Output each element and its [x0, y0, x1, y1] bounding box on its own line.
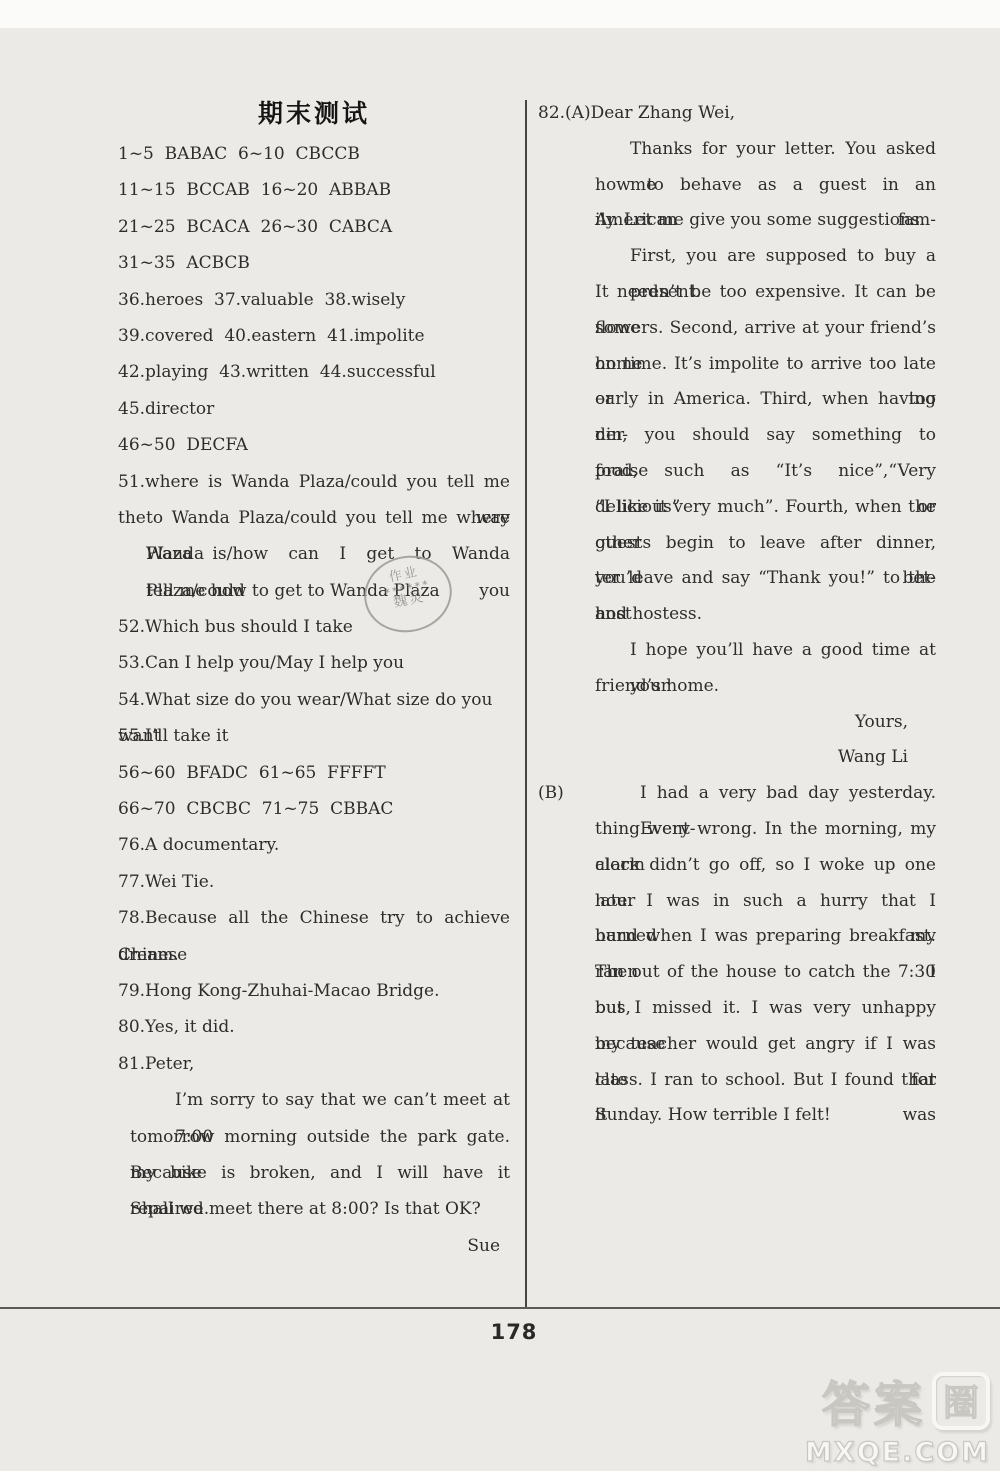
text-line: flowers. Second, arrive at your friend’s…: [538, 311, 936, 347]
text-line: 45.director: [118, 391, 510, 427]
text-line: my bike is broken, and I will have it re…: [118, 1155, 510, 1191]
text-line: but I missed it. I was very unhappy beca…: [538, 991, 936, 1027]
content-bottom-rule: [0, 1307, 1000, 1309]
text-line: hand when I was preparing breakfast. The…: [538, 919, 936, 955]
text-line: 78.Because all the Chinese try to achiev…: [118, 900, 510, 936]
text-line: I’m sorry to say that we can’t meet at 7…: [118, 1082, 510, 1118]
watermark-site-url: MXQE.COM: [805, 1437, 990, 1468]
text-line: ner, you should say something to praise: [538, 418, 936, 454]
text-line: I hope you’ll have a good time at your: [538, 633, 936, 669]
text-line-body: I had a very bad day yesterday. Every-: [640, 776, 936, 812]
page-number: 178: [14, 1320, 1000, 1344]
text-line: 55.I’ll take it: [118, 718, 510, 754]
text-line: late. I was in such a hurry that I burne…: [538, 884, 936, 920]
column-divider: [525, 100, 527, 1307]
text-line: 79.Hong Kong-Zhuhai-Macao Bridge.: [118, 973, 510, 1009]
text-line: my teacher would get angry if I was late…: [538, 1027, 936, 1063]
section-marker: (B): [538, 776, 640, 812]
text-line: Shall we meet there at 8:00? Is that OK?: [118, 1191, 510, 1227]
text-line: ter leave and say “Thank you!” to the ho…: [538, 561, 936, 597]
text-line: (B)I had a very bad day yesterday. Every…: [538, 776, 936, 812]
text-line: clock didn’t go off, so I woke up one ho…: [538, 848, 936, 884]
watermark: 答案 圈 MXQE.COM: [805, 1366, 990, 1468]
text-line: 21~25 BCACA 26~30 CABCA: [118, 209, 510, 245]
watermark-brand-text: 答案: [822, 1366, 926, 1435]
text-line: 54.What size do you wear/What size do yo…: [118, 682, 510, 718]
text-line: 1~5 BABAC 6~10 CBCCB: [118, 136, 510, 172]
text-line: friend’s home.: [538, 669, 936, 705]
text-line: 80.Yes, it did.: [118, 1009, 510, 1045]
answers-column-right: 82.(A)Dear Zhang Wei,Thanks for your let…: [538, 96, 936, 1134]
text-line: 11~15 BCCAB 16~20 ABBAB: [118, 172, 510, 208]
text-line: class. I ran to school. But I found that…: [538, 1063, 936, 1099]
text-line: Plaza is/how can I get to Wanda Plaza/co…: [118, 536, 510, 572]
text-line: 31~35 ACBCB: [118, 245, 510, 281]
page-title: 期末测试: [118, 94, 510, 130]
text-line: 42.playing 43.written 44.successful: [118, 354, 510, 390]
text-line: 51.where is Wanda Plaza/could you tell m…: [118, 464, 510, 500]
text-line: First, you are supposed to buy a present…: [538, 239, 936, 275]
text-line: 76.A documentary.: [118, 827, 510, 863]
text-line: to Wanda Plaza/could you tell me where W…: [118, 500, 510, 536]
text-line: 81.Peter,: [118, 1046, 510, 1082]
text-line: dream.: [118, 937, 510, 973]
text-line: how to behave as a guest in an American …: [538, 168, 936, 204]
text-line: 77.Wei Tie.: [118, 864, 510, 900]
text-line: 82.(A)Dear Zhang Wei,: [538, 96, 936, 132]
text-line: ran out of the house to catch the 7:30 b…: [538, 955, 936, 991]
answers-column-left: 1~5 BABAC 6~10 CBCCB11~15 BCCAB 16~20 AB…: [118, 136, 510, 1264]
text-line: 52.Which bus should I take: [118, 609, 510, 645]
text-line: 36.heroes 37.valuable 38.wisely: [118, 282, 510, 318]
text-line: 53.Can I help you/May I help you: [118, 645, 510, 681]
scanned-answer-page: 期末测试 1~5 BABAC 6~10 CBCCB11~15 BCCAB 16~…: [0, 0, 1000, 1471]
watermark-brand-boxed-char: 圈: [932, 1372, 990, 1430]
text-line: and hostess.: [538, 597, 936, 633]
text-line: It needn’t be too expensive. It can be s…: [538, 275, 936, 311]
text-line: 39.covered 40.eastern 41.impolite: [118, 318, 510, 354]
text-line: “I like it very much”. Fourth, when the …: [538, 490, 936, 526]
text-line: early in America. Third, when having din…: [538, 382, 936, 418]
text-line: food, such as “It’s nice”,“Very deliciou…: [538, 454, 936, 490]
page-top-margin: [0, 0, 1000, 28]
text-line: 56~60 BFADC 61~65 FFFFT: [118, 755, 510, 791]
text-line: 46~50 DECFA: [118, 427, 510, 463]
text-line: thing went wrong. In the morning, my ala…: [538, 812, 936, 848]
text-line: ily. Let me give you some suggestions.: [538, 203, 936, 239]
text-line: tomorrow morning outside the park gate. …: [118, 1119, 510, 1155]
text-line: 66~70 CBCBC 71~75 CBBAC: [118, 791, 510, 827]
text-line: on time. It’s impolite to arrive too lat…: [538, 347, 936, 383]
text-line: Sue: [118, 1228, 510, 1264]
text-line: Wang Li: [538, 740, 936, 776]
text-line: Thanks for your letter. You asked me: [538, 132, 936, 168]
text-line: Yours,: [538, 705, 936, 741]
text-line: guests begin to leave after dinner, you’…: [538, 526, 936, 562]
